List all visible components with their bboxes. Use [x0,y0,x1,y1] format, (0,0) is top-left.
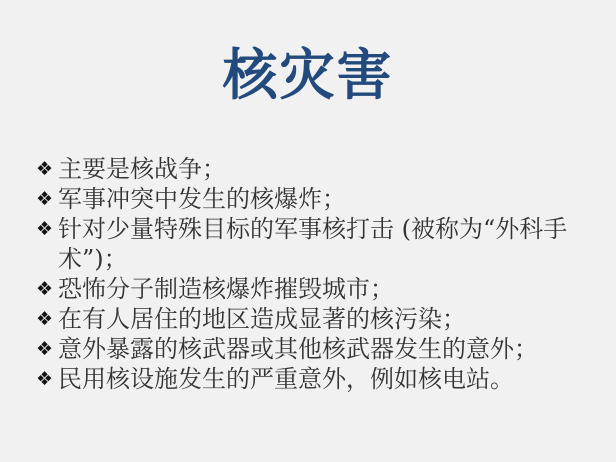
bullet-text: 恐怖分子制造核爆炸摧毁城市； [58,274,588,304]
presentation-slide: 核灾害 ❖ 主要是核战争； ❖ 军事冲突中发生的核爆炸； ❖ 针对少量特殊目标的… [0,0,616,462]
bullet-list: ❖ 主要是核战争； ❖ 军事冲突中发生的核爆炸； ❖ 针对少量特殊目标的军事核打… [0,154,616,394]
bullet-text: 在有人居住的地区造成显著的核污染； [58,304,588,334]
bullet-item: ❖ 意外暴露的核武器或其他核武器发生的意外； [36,334,588,364]
diamond-bullet-icon: ❖ [36,334,58,364]
bullet-text: 军事冲突中发生的核爆炸； [58,184,588,214]
diamond-bullet-icon: ❖ [36,274,58,304]
slide-title: 核灾害 [0,0,616,110]
diamond-bullet-icon: ❖ [36,364,58,394]
bullet-text: 主要是核战争； [58,154,588,184]
bullet-item: ❖ 军事冲突中发生的核爆炸； [36,184,588,214]
bullet-item: ❖ 民用核设施发生的严重意外，例如核电站。 [36,364,588,394]
bullet-item: ❖ 恐怖分子制造核爆炸摧毁城市； [36,274,588,304]
bullet-item: ❖ 主要是核战争； [36,154,588,184]
bullet-text: 意外暴露的核武器或其他核武器发生的意外； [58,334,588,364]
diamond-bullet-icon: ❖ [36,304,58,334]
bullet-item: ❖ 在有人居住的地区造成显著的核污染； [36,304,588,334]
bullet-text: 针对少量特殊目标的军事核打击 (被称为“外科手术”)； [58,214,588,274]
bullet-text: 民用核设施发生的严重意外，例如核电站。 [58,364,588,394]
diamond-bullet-icon: ❖ [36,154,58,184]
diamond-bullet-icon: ❖ [36,214,58,244]
bullet-item: ❖ 针对少量特殊目标的军事核打击 (被称为“外科手术”)； [36,214,588,274]
diamond-bullet-icon: ❖ [36,184,58,214]
